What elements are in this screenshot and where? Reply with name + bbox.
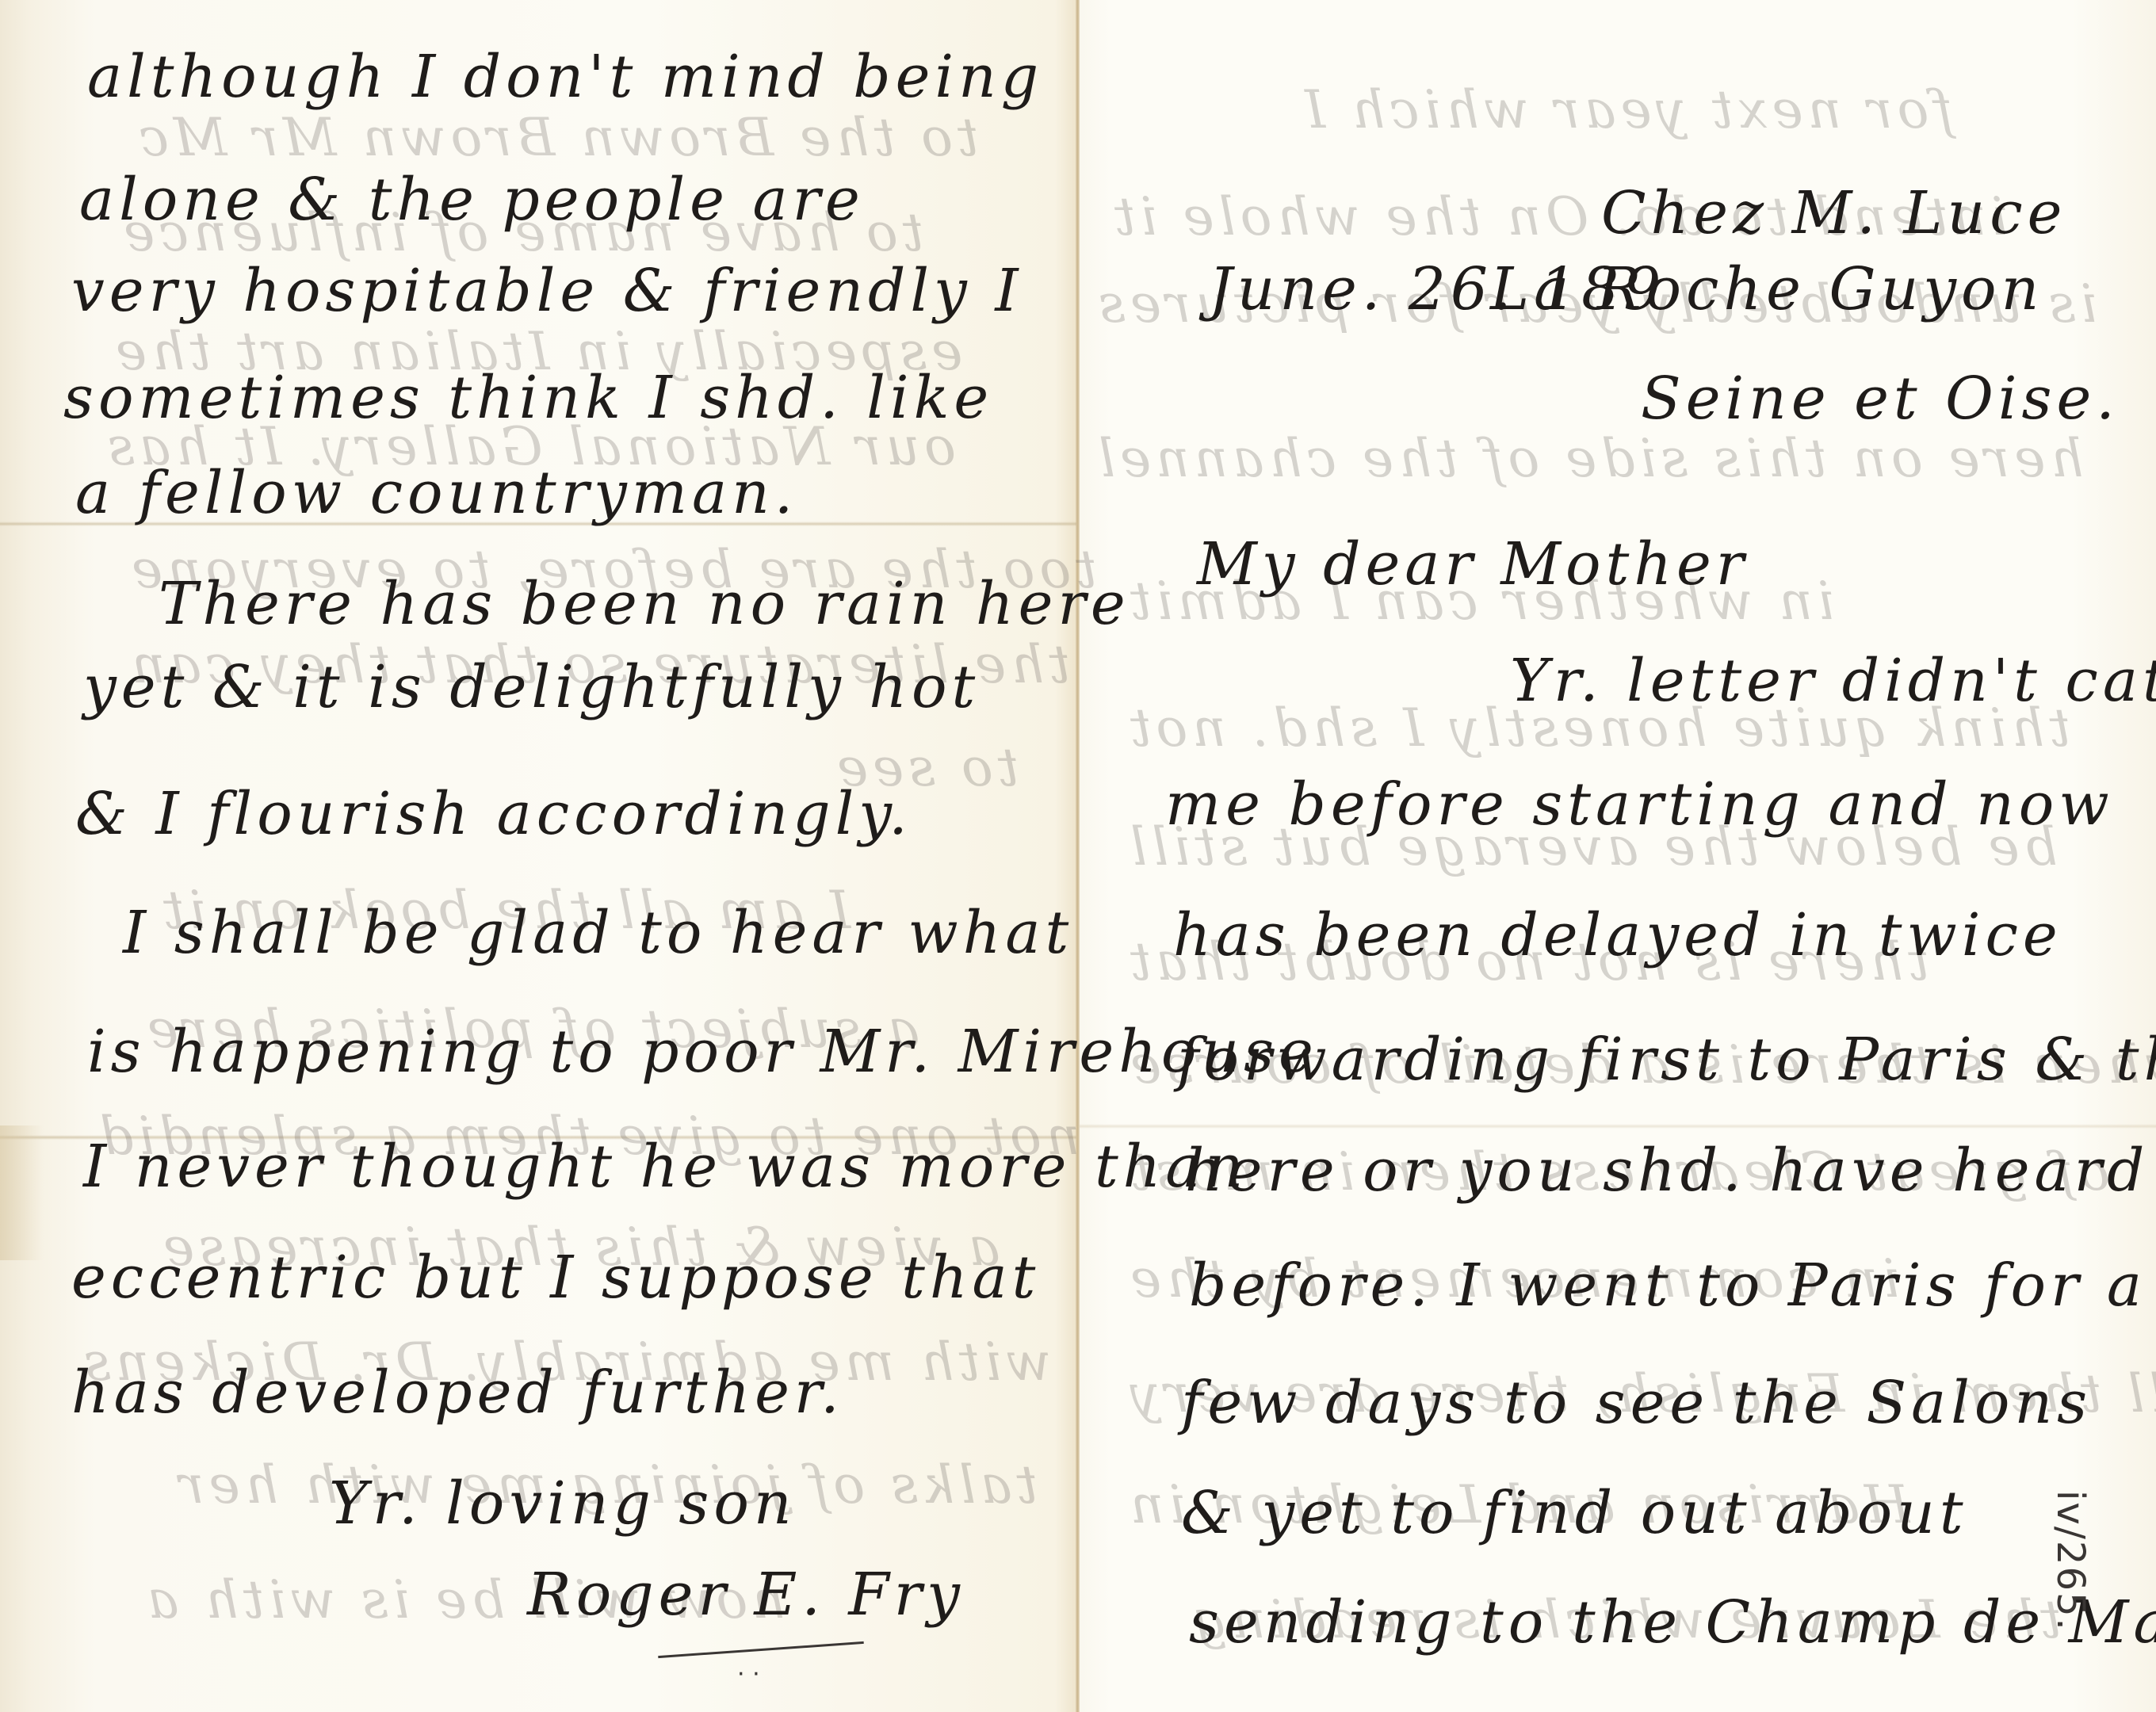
letter-closing: Yr. loving son <box>329 1474 797 1533</box>
letter-line: & yet to find out about <box>1181 1484 1968 1542</box>
address-line: La Roche Guyon <box>1490 260 2043 319</box>
letter-line: very hospitable & friendly I <box>71 262 1023 320</box>
bleed-through-text: here on this side of the channel <box>1094 428 2084 489</box>
letter-line: although I don't mind being <box>87 48 1043 106</box>
letter-line: has been delayed in twice <box>1173 906 2062 965</box>
letter-line: sometimes think I shd. like <box>63 369 993 427</box>
bleed-through-text: for next year which I <box>1300 79 1953 140</box>
letter-line: There has been no rain here <box>159 575 1130 633</box>
letter-line: alone & the people are <box>79 170 865 229</box>
letter-line: a fellow countryman. <box>75 464 797 522</box>
letter-line: yet & it is delightfully hot <box>83 658 980 717</box>
letter-line: sending to the Champ de Mars <box>1189 1593 2156 1652</box>
signature-dots: · · <box>737 1660 760 1688</box>
letter-line: I never thought he was more than <box>83 1137 1248 1196</box>
center-fold <box>1076 0 1080 1712</box>
letter-line: has developed further. <box>71 1363 844 1422</box>
letter-line: eccentric but I suppose that <box>71 1248 1040 1307</box>
letter-line: Yr. letter didn't catch <box>1510 652 2156 710</box>
letter-line: me before starting and now <box>1165 775 2114 834</box>
salutation: My dear Mother <box>1197 535 1749 594</box>
letter-line: I shall be glad to hear what <box>123 904 1073 962</box>
letter-line: here or you shd. have heard <box>1185 1141 2149 1200</box>
bleed-through-text: to the Brown Brown Mr Mc <box>135 107 979 168</box>
letter-line: before. I went to Paris for a <box>1189 1256 2146 1315</box>
letter-line: few days to see the Salons <box>1181 1374 2092 1432</box>
letter-line: is happening to poor Mr. Mirehouse <box>87 1022 1318 1081</box>
archive-number: iv/265. <box>2048 1490 2093 1632</box>
horizontal-fold-crease <box>1080 1124 2156 1129</box>
address-line: Chez M. Luce <box>1601 184 2066 243</box>
letter-line: forwarding first to Paris & then <box>1177 1030 2156 1089</box>
paper-stain <box>0 1125 44 1260</box>
address-line: Seine et Oise. <box>1641 369 2120 428</box>
signature: Roger E. Fry <box>527 1565 965 1624</box>
letter-sheet: to the Brown Brown Mr Mc to have name of… <box>0 0 2156 1712</box>
letter-line: & I flourish accordingly. <box>75 785 912 843</box>
